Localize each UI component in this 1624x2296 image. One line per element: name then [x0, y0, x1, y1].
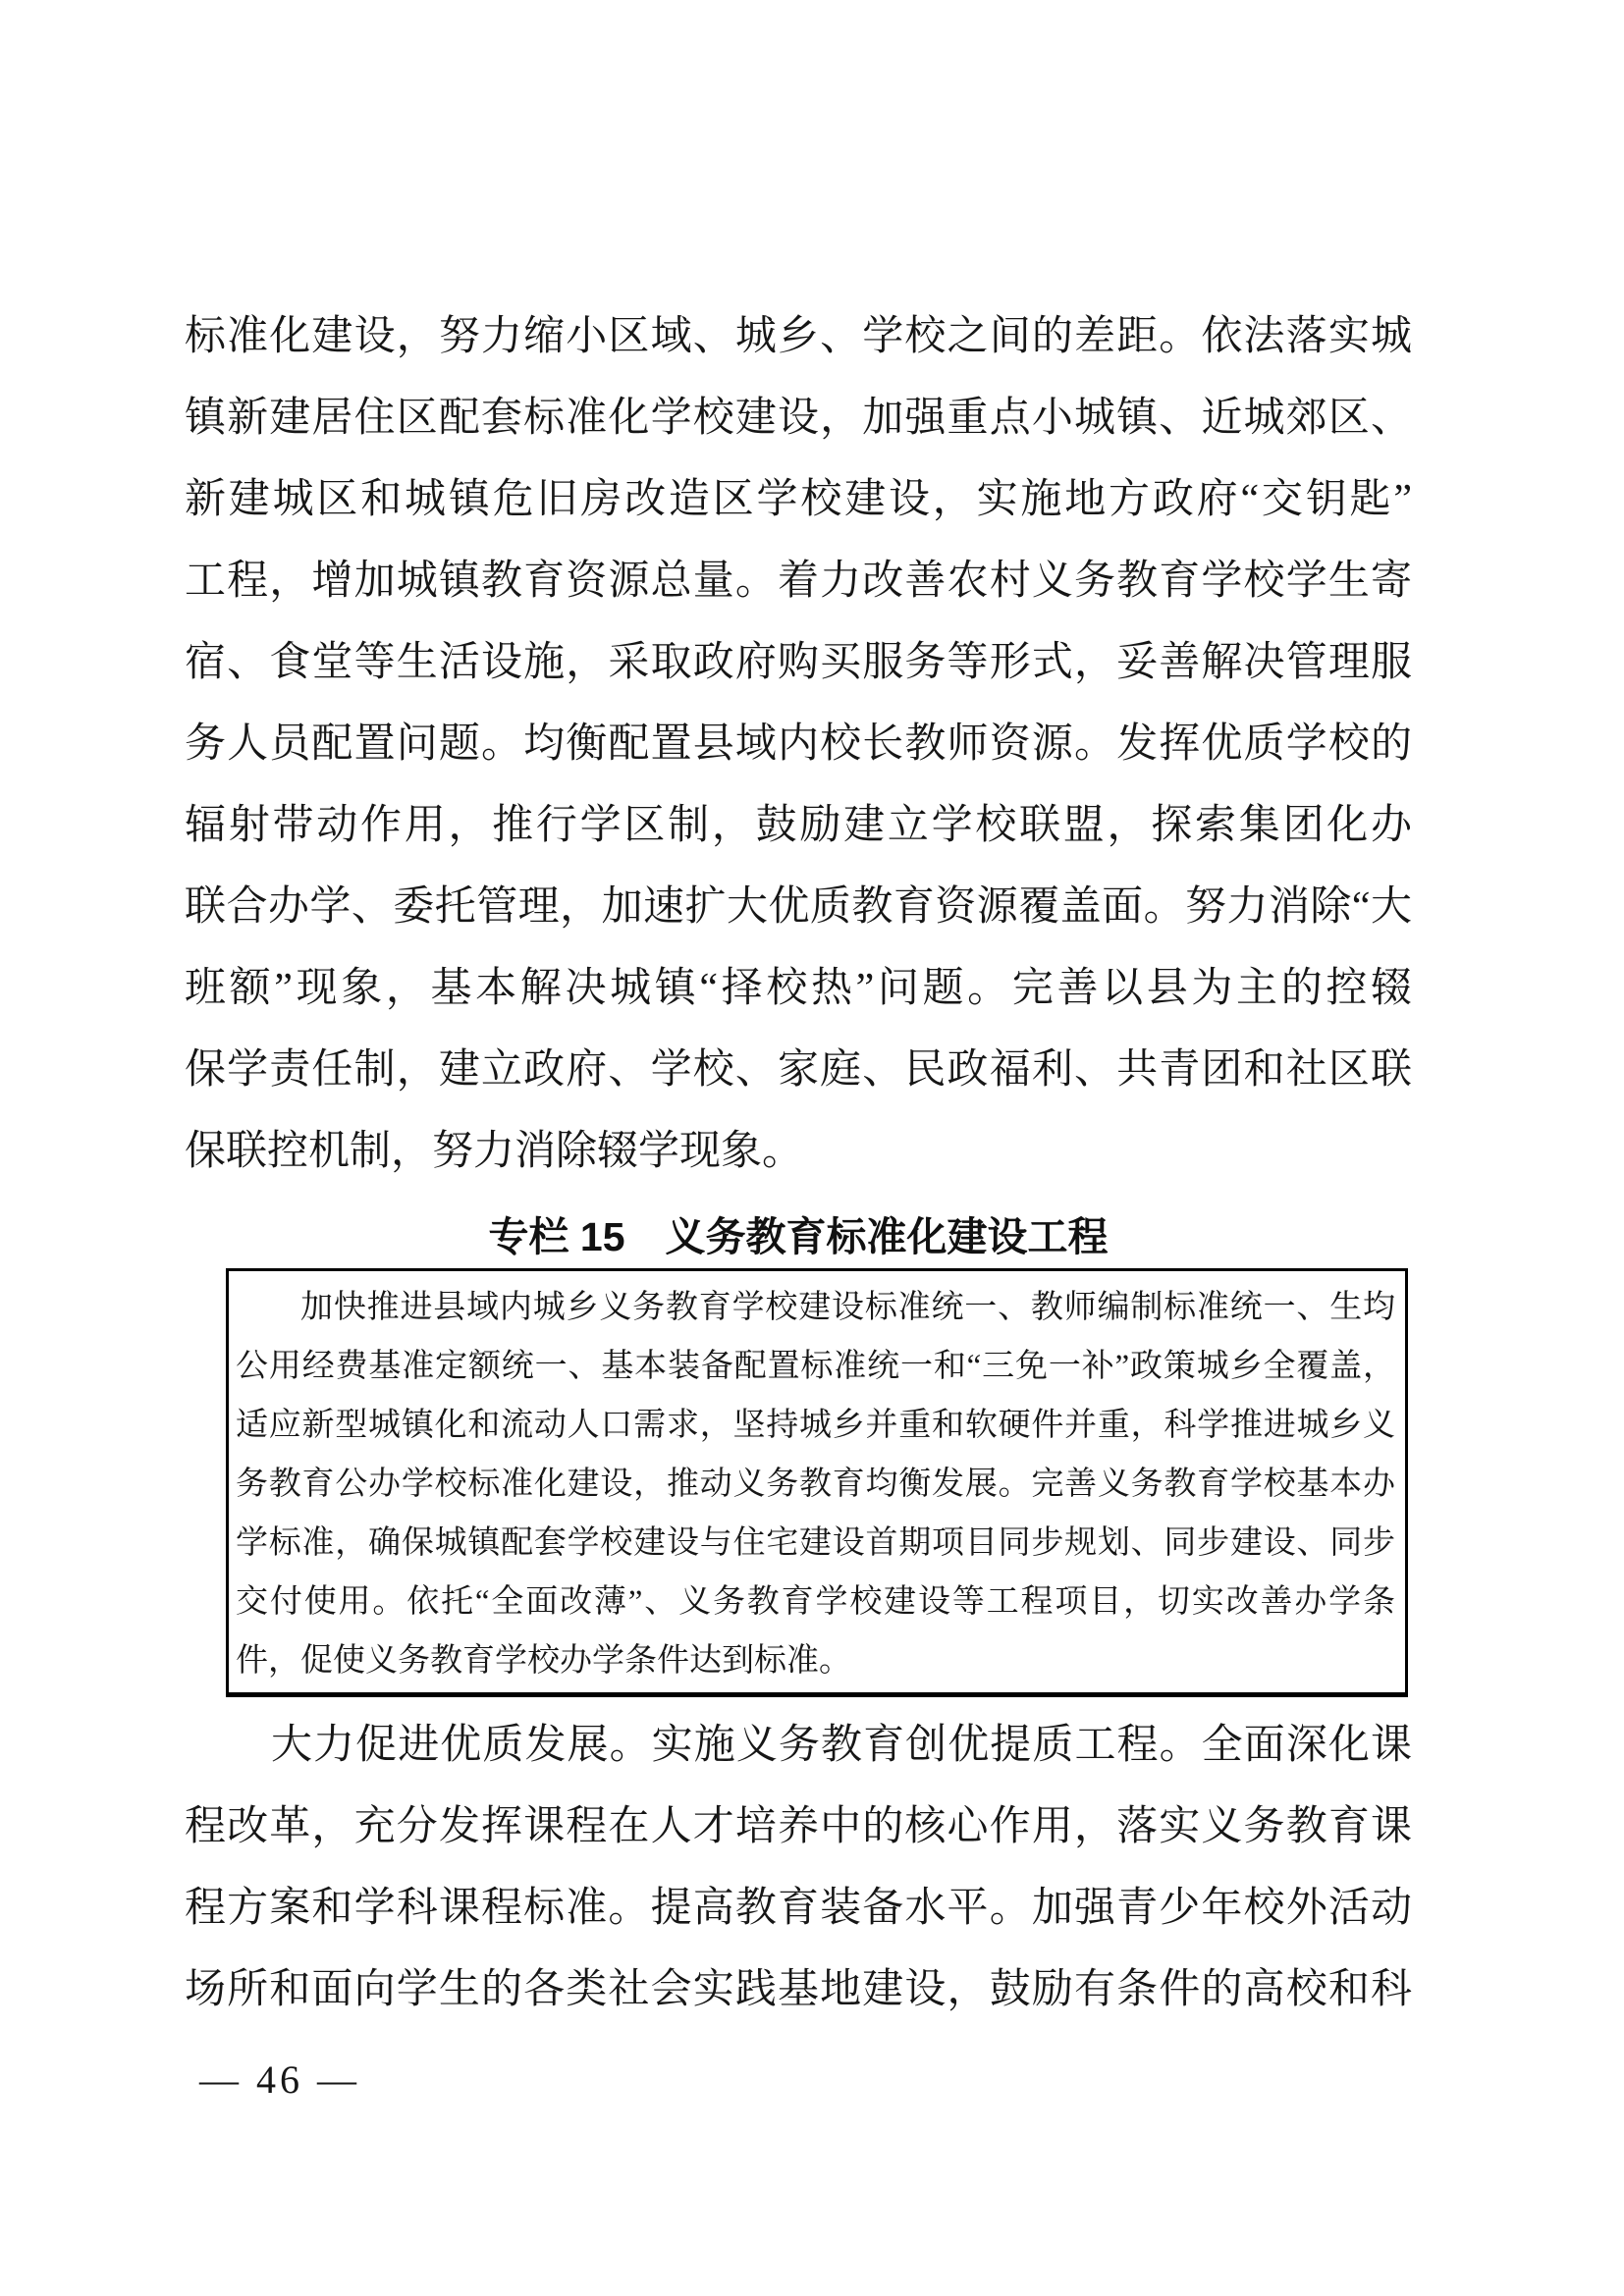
text-line: 宿、食堂等生活设施，采取政府购买服务等形式，妥善解决管理服 — [185, 622, 1412, 704]
column-box: 加快推进县域内城乡义务教育学校建设标准统一、教师编制标准统一、生均公用经费基准定… — [226, 1268, 1408, 1697]
text-line: 务教育公办学校标准化建设，推动义务教育均衡发展。完善义务教育学校基本办 — [236, 1455, 1395, 1514]
text-line: 适应新型城镇化和流动人口需求，坚持城乡并重和软硬件并重，科学推进城乡义 — [236, 1396, 1395, 1455]
document-page: 标准化建设，努力缩小区域、城乡、学校之间的差距。依法落实城镇新建居住区配套标准化… — [0, 0, 1624, 2296]
text-line: 学标准，确保城镇配套学校建设与住宅建设首期项目同步规划、同步建设、同步 — [236, 1514, 1395, 1573]
text-line: 保学责任制，建立政府、学校、家庭、民政福利、共青团和社区联 — [185, 1030, 1412, 1111]
text-line: 辐射带动作用，推行学区制，鼓励建立学校联盟，探索集团化办学、 — [185, 785, 1412, 867]
text-line: 班额”现象，基本解决城镇“择校热”问题。完善以县为主的控辍 — [185, 948, 1412, 1030]
text-line: 程方案和学科课程标准。提高教育装备水平。加强青少年校外活动 — [185, 1868, 1412, 1949]
column-box-title: 专栏 15 义务教育标准化建设工程 — [185, 1207, 1412, 1266]
body-paragraph-1: 标准化建设，努力缩小区域、城乡、学校之间的差距。依法落实城镇新建居住区配套标准化… — [185, 296, 1412, 1193]
text-line: 镇新建居住区配套标准化学校建设，加强重点小城镇、近城郊区、 — [185, 378, 1412, 459]
body-paragraph-2: 大力促进优质发展。实施义务教育创优提质工程。全面深化课程改革，充分发挥课程在人才… — [185, 1705, 1412, 2031]
text-line: 场所和面向学生的各类社会实践基地建设，鼓励有条件的高校和科 — [185, 1949, 1412, 2031]
text-line: 保联控机制，努力消除辍学现象。 — [185, 1111, 1412, 1193]
text-line: 交付使用。依托“全面改薄”、义务教育学校建设等工程项目，切实改善办学条 — [236, 1573, 1395, 1631]
text-line: 标准化建设，努力缩小区域、城乡、学校之间的差距。依法落实城 — [185, 296, 1412, 378]
page-number: — 46 — — [199, 2056, 1412, 2105]
text-line: 程改革，充分发挥课程在人才培养中的核心作用，落实义务教育课 — [185, 1787, 1412, 1868]
text-line: 务人员配置问题。均衡配置县域内校长教师资源。发挥优质学校的 — [185, 704, 1412, 785]
text-line: 工程，增加城镇教育资源总量。着力改善农村义务教育学校学生寄 — [185, 541, 1412, 622]
text-line: 加快推进县域内城乡义务教育学校建设标准统一、教师编制标准统一、生均 — [236, 1278, 1395, 1337]
column-box-paragraph: 加快推进县域内城乡义务教育学校建设标准统一、教师编制标准统一、生均公用经费基准定… — [236, 1278, 1395, 1690]
text-line: 新建城区和城镇危旧房改造区学校建设，实施地方政府“交钥匙” — [185, 459, 1412, 541]
text-column: 标准化建设，努力缩小区域、城乡、学校之间的差距。依法落实城镇新建居住区配套标准化… — [185, 0, 1412, 2105]
text-line: 公用经费基准定额统一、基本装备配置标准统一和“三免一补”政策城乡全覆盖， — [236, 1337, 1395, 1396]
text-line: 联合办学、委托管理，加速扩大优质教育资源覆盖面。努力消除“大 — [185, 867, 1412, 948]
text-line: 件，促使义务教育学校办学条件达到标准。 — [236, 1631, 1395, 1690]
text-line: 大力促进优质发展。实施义务教育创优提质工程。全面深化课 — [185, 1705, 1412, 1787]
